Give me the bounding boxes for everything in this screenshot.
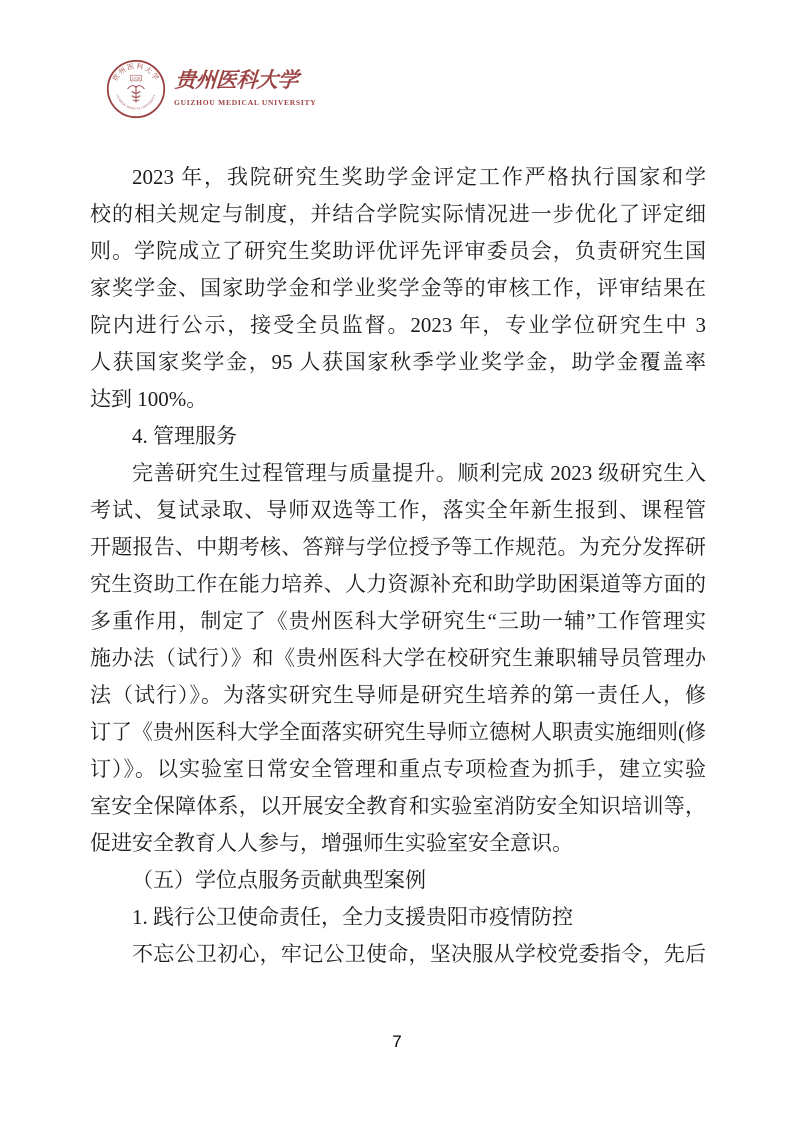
text-line: 室安全保障体系，以开展安全教育和实验室消防安全知识培训等，: [90, 788, 706, 825]
university-wordmark: 贵州医科大学 GUIZHOU MEDICAL UNIVERSITY: [174, 65, 316, 107]
text-line: 则。学院成立了研究生奖助评优评先评审委员会，负责研究生国: [90, 233, 706, 270]
document-body: 2023 年，我院研究生奖助学金评定工作严格执行国家和学 校的相关规定与制度，并…: [90, 159, 706, 973]
section-heading: 1. 践行公卫使命责任，全力支援贵阳市疫情防控: [90, 899, 706, 936]
section-heading: 4. 管理服务: [90, 418, 706, 455]
document-page: 贵州医科大学 1938 GUIZHOU MEDICAL UNIVERSITY 贵…: [0, 0, 794, 1123]
section-heading: （五）学位点服务贡献典型案例: [90, 862, 706, 899]
text-line: 法（试行）》。为落实研究生导师是研究生培养的第一责任人，修: [90, 677, 706, 714]
seal-year-text: 1938: [131, 77, 141, 81]
text-line: 家奖学金、国家助学金和学业奖学金等的审核工作，评审结果在: [90, 270, 706, 307]
text-line: 究生资助工作在能力培养、人力资源补充和助学助困渠道等方面的: [90, 566, 706, 603]
university-logo: 贵州医科大学 1938 GUIZHOU MEDICAL UNIVERSITY 贵…: [106, 59, 316, 119]
text-line: 院内进行公示，接受全员监督。2023 年，专业学位研究生中 3: [90, 307, 706, 344]
text-line: 不忘公卫初心，牢记公卫使命，坚决服从学校党委指令，先后: [90, 936, 706, 973]
caduceus-icon: [128, 86, 145, 103]
text-line: 多重作用，制定了《贵州医科大学研究生“三助一辅”工作管理实: [90, 603, 706, 640]
text-line: 考试、复试录取、导师双选等工作，落实全年新生报到、课程管理、: [90, 492, 706, 529]
university-name-calligraphy: 贵州医科大学: [174, 65, 319, 95]
text-line: 促进安全教育人人参与，增强师生实验室安全意识。: [90, 825, 706, 862]
text-line: 达到 100%。: [90, 381, 706, 418]
university-seal-icon: 贵州医科大学 1938 GUIZHOU MEDICAL UNIVERSITY: [106, 59, 166, 119]
text-line: 完善研究生过程管理与质量提升。顺利完成 2023 级研究生入学: [90, 455, 706, 492]
text-line: 订）》。以实验室日常安全管理和重点专项检查为抓手，建立实验: [90, 751, 706, 788]
text-line: 开题报告、中期考核、答辩与学位授予等工作规范。为充分发挥研: [90, 529, 706, 566]
page-number: 7: [0, 1032, 794, 1052]
text-line: 人获国家奖学金，95 人获国家秋季学业奖学金，助学金覆盖率: [90, 344, 706, 381]
text-line: 订了《贵州医科大学全面落实研究生导师立德树人职责实施细则(修: [90, 714, 706, 751]
text-line: 校的相关规定与制度，并结合学院实际情况进一步优化了评定细: [90, 196, 706, 233]
university-name-english: GUIZHOU MEDICAL UNIVERSITY: [174, 98, 316, 107]
text-line: 施办法（试行）》和《贵州医科大学在校研究生兼职辅导员管理办: [90, 640, 706, 677]
text-line: 2023 年，我院研究生奖助学金评定工作严格执行国家和学: [90, 159, 706, 196]
